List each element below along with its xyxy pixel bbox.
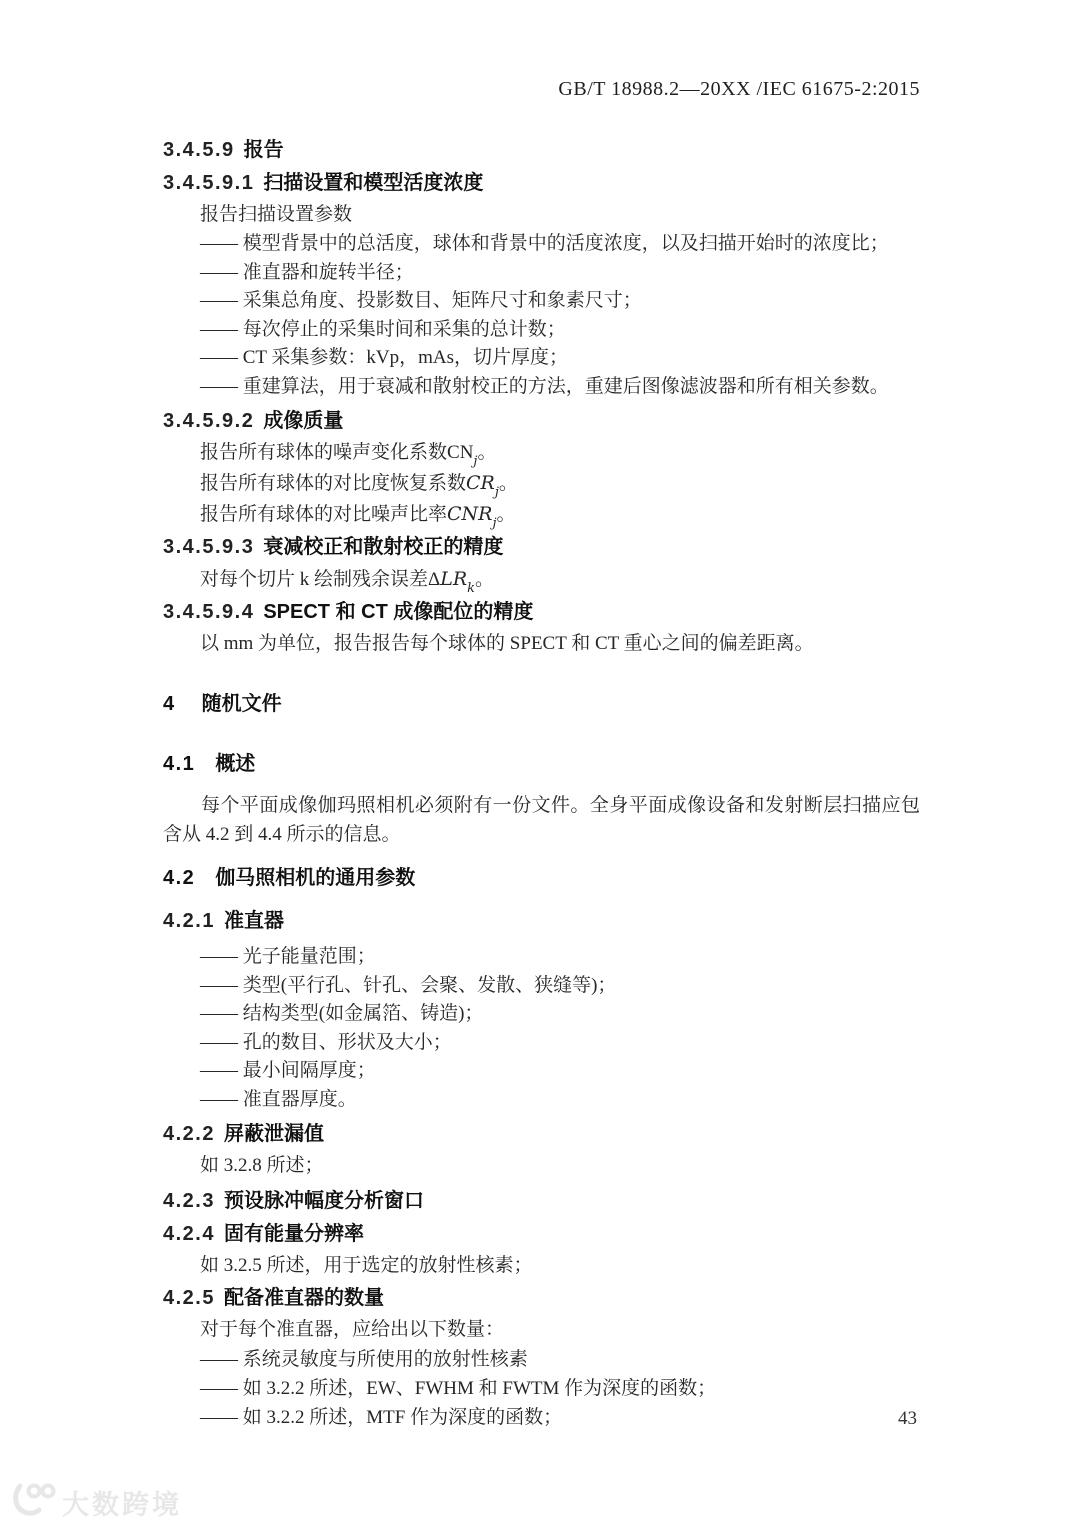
section-heading-4-2-4: 4.2.4固有能量分辨率 bbox=[163, 1218, 920, 1250]
list-item: —— CT 采集参数：kVp，mAs，切片厚度； bbox=[163, 344, 920, 373]
document-body: 3.4.5.9报告 3.4.5.9.1扫描设置和模型活度浓度 报告扫描设置参数 … bbox=[163, 133, 920, 1432]
list-item: —— 模型背景中的总活度，球体和背景中的活度浓度，以及扫描开始时的浓度比； bbox=[163, 230, 920, 259]
section-number: 4.2.3 bbox=[163, 1190, 215, 1212]
list-item: —— 类型(平行孔、针孔、会聚、发散、狭缝等)； bbox=[163, 972, 920, 1001]
section-heading-4-2-5: 4.2.5配备准直器的数量 bbox=[163, 1282, 920, 1314]
section-title: 扫描设置和模型活度浓度 bbox=[263, 172, 483, 194]
section-title: 屏蔽泄漏值 bbox=[224, 1123, 324, 1145]
list-item: —— 最小间隔厚度； bbox=[163, 1057, 920, 1086]
section-number: 4.2.2 bbox=[163, 1123, 215, 1145]
section-heading-3-4-5-9-1: 3.4.5.9.1扫描设置和模型活度浓度 bbox=[163, 167, 920, 199]
section-heading-4-2-2: 4.2.2屏蔽泄漏值 bbox=[163, 1118, 920, 1150]
section-number: 3.4.5.9.3 bbox=[163, 536, 254, 558]
math-symbol: LR bbox=[440, 568, 467, 590]
section-title: 报告 bbox=[244, 139, 284, 161]
clause-number: 4.2 bbox=[163, 867, 195, 889]
watermark-text: 大数跨境 bbox=[62, 1483, 182, 1522]
paragraph-text: 。 bbox=[497, 504, 516, 525]
list-item: —— 采集总角度、投影数目、矩阵尺寸和象素尺寸； bbox=[163, 287, 920, 316]
clause-number: 4.1 bbox=[163, 753, 195, 775]
clause-heading-4-2: 4.2伽马照相机的通用参数 bbox=[163, 861, 920, 895]
section-title: 预设脉冲幅度分析窗口 bbox=[224, 1190, 424, 1212]
brand-logo-icon bbox=[10, 1480, 56, 1525]
section-number: 4.2.4 bbox=[163, 1223, 215, 1245]
standard-code-header: GB/T 18988.2—20XX /IEC 61675-2:2015 bbox=[558, 78, 920, 101]
page-number: 43 bbox=[898, 1408, 917, 1430]
clause-heading-4: 4随机文件 bbox=[163, 687, 920, 721]
paragraph-text: 。 bbox=[477, 442, 496, 463]
paragraph-collimator-quantities: 对于每个准直器，应给出以下数量： bbox=[163, 1315, 920, 1345]
section-heading-3-4-5-9: 3.4.5.9报告 bbox=[163, 134, 920, 166]
math-subscript: j bbox=[495, 485, 499, 500]
paragraph-scan-settings: 报告扫描设置参数 bbox=[163, 200, 920, 230]
paragraph-contrast-recovery: 报告所有球体的对比度恢复系数CRj。 bbox=[163, 468, 920, 499]
paragraph-spect-ct-offset: 以 mm 为单位，报告报告每个球体的 SPECT 和 CT 重心之间的偏差距离。 bbox=[163, 629, 920, 659]
paragraph-contrast-noise-ratio: 报告所有球体的对比噪声比率CNRj。 bbox=[163, 499, 920, 530]
section-number: 4.2.1 bbox=[163, 910, 215, 932]
document-page: GB/T 18988.2—20XX /IEC 61675-2:2015 3.4.… bbox=[0, 0, 1080, 1527]
list-item: —— 重建算法，用于衰减和散射校正的方法，重建后图像滤波器和所有相关参数。 bbox=[163, 373, 920, 402]
list-item: —— 如 3.2.2 所述，EW、FWHM 和 FWTM 作为深度的函数； bbox=[163, 1374, 920, 1403]
clause-title: 概述 bbox=[215, 753, 255, 775]
paragraph-shield-leakage: 如 3.2.8 所述； bbox=[163, 1151, 920, 1181]
list-item: —— 光子能量范围； bbox=[163, 943, 920, 972]
clause-number: 4 bbox=[163, 693, 176, 715]
clause-title: 伽马照相机的通用参数 bbox=[215, 867, 415, 889]
section-heading-3-4-5-9-2: 3.4.5.9.2成像质量 bbox=[163, 405, 920, 437]
paragraph-residual-error: 对每个切片 k 绘制残余误差ΔLRk。 bbox=[163, 564, 920, 595]
section-heading-3-4-5-9-4: 3.4.5.9.4SPECT 和 CT 成像配位的精度 bbox=[163, 596, 920, 628]
list-item: —— 孔的数目、形状及大小； bbox=[163, 1029, 920, 1058]
section-title: 成像质量 bbox=[263, 410, 343, 432]
list-item: —— 准直器厚度。 bbox=[163, 1086, 920, 1115]
paragraph-text: 。 bbox=[475, 569, 494, 590]
paragraph-text: 对每个切片 k 绘制残余误差 bbox=[200, 569, 428, 590]
section-title: 固有能量分辨率 bbox=[224, 1223, 364, 1245]
math-subscript: j bbox=[473, 454, 477, 469]
section-number: 4.2.5 bbox=[163, 1287, 215, 1309]
math-symbol: CN bbox=[447, 442, 473, 463]
paragraph-noise-coefficient: 报告所有球体的噪声变化系数CNj。 bbox=[163, 438, 920, 468]
section-heading-4-2-1: 4.2.1准直器 bbox=[163, 905, 920, 937]
clause-title: 随机文件 bbox=[202, 693, 282, 715]
section-number: 3.4.5.9.4 bbox=[163, 601, 254, 623]
section-title: 准直器 bbox=[224, 910, 284, 932]
math-delta-symbol: Δ bbox=[428, 569, 440, 590]
list-item: —— 系统灵敏度与所使用的放射性核素 bbox=[163, 1345, 920, 1374]
paragraph-text: 报告所有球体的噪声变化系数 bbox=[200, 442, 447, 463]
paragraph-overview: 每个平面成像伽玛照相机必须附有一份文件。全身平面成像设备和发射断层扫描应包含从 … bbox=[163, 791, 920, 849]
list-item: —— 结构类型(如金属箔、铸造)； bbox=[163, 1000, 920, 1029]
section-number: 3.4.5.9.2 bbox=[163, 410, 254, 432]
list-item: —— 每次停止的采集时间和采集的总计数； bbox=[163, 316, 920, 345]
section-heading-4-2-3: 4.2.3预设脉冲幅度分析窗口 bbox=[163, 1185, 920, 1217]
math-symbol: CR bbox=[466, 472, 495, 494]
paragraph-energy-resolution: 如 3.2.5 所述，用于选定的放射性核素； bbox=[163, 1251, 920, 1281]
math-symbol: CNR bbox=[447, 503, 492, 525]
section-heading-3-4-5-9-3: 3.4.5.9.3衰减校正和散射校正的精度 bbox=[163, 531, 920, 563]
paragraph-text: 报告所有球体的对比度恢复系数 bbox=[200, 473, 466, 494]
paragraph-text: 报告所有球体的对比噪声比率 bbox=[200, 504, 447, 525]
section-number: 3.4.5.9 bbox=[163, 139, 235, 161]
section-title: 衰减校正和散射校正的精度 bbox=[263, 536, 503, 558]
list-item: —— 准直器和旋转半径； bbox=[163, 259, 920, 288]
paragraph-text: 。 bbox=[499, 473, 518, 494]
section-title: 配备准直器的数量 bbox=[224, 1287, 384, 1309]
watermark: 大数跨境 bbox=[10, 1480, 182, 1525]
math-subscript: k bbox=[467, 581, 475, 596]
clause-heading-4-1: 4.1概述 bbox=[163, 747, 920, 781]
section-number: 3.4.5.9.1 bbox=[163, 172, 254, 194]
math-subscript: j bbox=[492, 516, 496, 531]
section-title: SPECT 和 CT 成像配位的精度 bbox=[263, 601, 533, 623]
list-item: —— 如 3.2.2 所述，MTF 作为深度的函数； bbox=[163, 1403, 920, 1432]
